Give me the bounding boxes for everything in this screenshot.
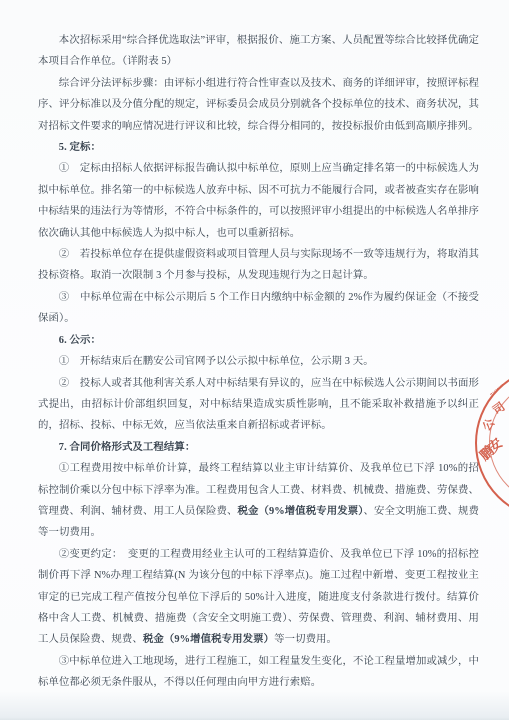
section-6-item-2: ② 投标人或者其他利害关系人对中标结果有异议的，应当在中标候选人公示期间以书面形… bbox=[38, 373, 479, 437]
text-run-bold-tax: 税金（9%增值税专用发票） bbox=[143, 634, 274, 645]
section-7-heading: 7. 合同价格形式及工程结算： bbox=[38, 437, 479, 458]
seal-company-name-cluster: 鹏安 bbox=[478, 433, 508, 462]
section-5-item-2: ② 若投标单位存在提供虚假资料或项目管理人员与实际现场不一致等违规行为，将取消其… bbox=[38, 244, 479, 287]
section-6-heading: 6. 公示： bbox=[38, 330, 479, 351]
seal-inner-ring bbox=[489, 380, 509, 504]
seal-char-gong: 公 bbox=[482, 418, 498, 434]
section-5-item-3: ③ 中标单位需在中标公示期后 5 个工作日内缴纳中标金额的 2%作为履约保证金（… bbox=[38, 287, 479, 330]
section-6-item-1: ① 开标结束后在鹏安公司官网予以公示拟中标单位，公示期 3 天。 bbox=[38, 351, 479, 372]
seal-small-text-mark bbox=[490, 384, 508, 401]
section-7-item-2: ②变更约定： 变更的工程费用经业主认可的工程结算造价、及我单位已下浮 10%的招… bbox=[38, 544, 479, 651]
paragraph-intro-2: 综合评分法评标步骤：由评标小组进行符合性审查以及技术、商务的详细评审，按照评标程… bbox=[38, 73, 479, 137]
text-run-bold-tax: 税金（9%增值税专用发票） bbox=[237, 506, 363, 517]
text-run: ②变更约定： 变更的工程费用经业主认可的工程结算造价、及我单位已下浮 10%的招… bbox=[38, 549, 479, 646]
text-run: 等一切费用。 bbox=[274, 634, 337, 645]
paragraph-intro-1: 本次招标采用“综合择优选取法”评审，根据报价、施工方案、人员配置等综合比较择优确… bbox=[38, 30, 479, 73]
section-7-item-3: ③中标单位进入工地现场，进行工程施工，如工程量发生变化，不论工程量增加或减少，中… bbox=[38, 651, 479, 694]
document-body: 本次招标采用“综合择优选取法”评审，根据报价、施工方案、人员配置等综合比较择优确… bbox=[38, 30, 479, 694]
seal-outer-ring bbox=[475, 366, 509, 520]
section-5-item-1: ① 定标由招标人依据评标报告确认拟中标单位，原则上应当确定排名第一的中标候选人为… bbox=[38, 158, 479, 244]
document-page: 本次招标采用“综合择优选取法”评审，根据报价、施工方案、人员配置等综合比较择优确… bbox=[0, 0, 509, 720]
section-5-heading: 5. 定标： bbox=[38, 137, 479, 158]
seal-char-si: 司 bbox=[492, 402, 508, 418]
section-7-item-1: ①工程费用按中标单价计算，最终工程结算以业主审计结算价、及我单位已下浮 10%的… bbox=[38, 458, 479, 544]
